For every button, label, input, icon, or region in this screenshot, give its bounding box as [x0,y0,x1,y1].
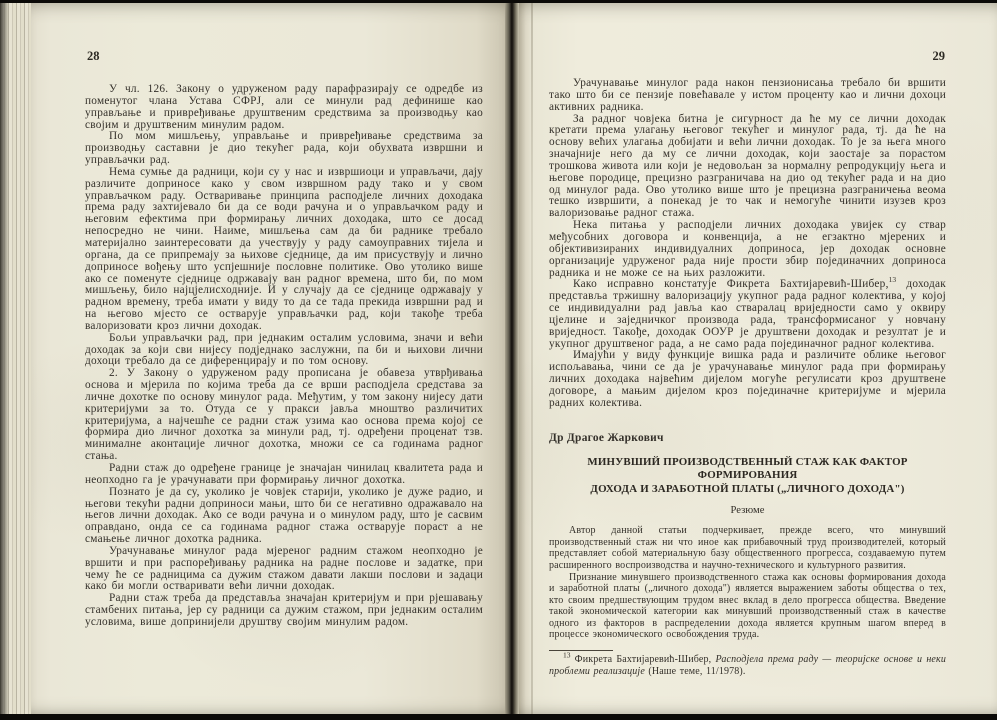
photo-edge-top [0,0,997,3]
summary-title-line: МИНУВШИЙ ПРОИЗВОДСТВЕННЫЙ СТАЖ КАК ФАКТО… [549,456,946,483]
paragraph: Урачунавање минулог рада након пензионис… [549,78,946,114]
paragraph: Радни стаж до одређене границе је значај… [85,463,483,487]
footnote-rule [549,650,613,651]
footnote-text-plain: Фикрета Бахтијаревић-Шибер, [571,654,716,665]
photo-edge-bottom [0,714,997,720]
paragraph-text: Како исправно констатује Фикрета Бахтија… [573,278,889,290]
summary-paragraph: Признание минувшего производственного ст… [549,572,946,642]
paragraph: Радни стаж треба да представља значајан … [85,593,483,629]
paragraph: За радног човјека битна је сигурност да … [549,114,946,221]
summary-paragraph: Автор данной статьи подчеркивает, прежде… [549,525,946,571]
footnote-text: 13 Фикрета Бахтијаревић-Шибер, Расподјел… [549,654,946,677]
resume-heading: Резюме [549,505,946,516]
gutter-shadow [505,3,519,714]
paragraph: Имајући у виду функције вишка рада и раз… [549,350,946,409]
footnote-text-plain: (Наше теме, 11/1978). [645,666,746,677]
text-column: У чл. 126. Закону о удруженом раду параф… [85,84,483,629]
author-line: Др Драгое Жаркович [549,432,946,444]
paragraph: По мом мишљењу, управљање и привређивање… [85,131,483,167]
left-page: 28 У чл. 126. Закону о удруженом раду па… [31,3,505,714]
footnote: 13 Фикрета Бахтијаревић-Шибер, Расподјел… [549,650,946,677]
paragraph: Нека питања у расподјели личних доходака… [549,220,946,279]
right-page: 29 Урачунавање минулог рада након пензио… [519,3,997,714]
paragraph: Како исправно констатује Фикрета Бахтија… [549,279,946,350]
page-stack-edges [0,3,31,714]
summary-title: МИНУВШИЙ ПРОИЗВОДСТВЕННЫЙ СТАЖ КАК ФАКТО… [549,456,946,497]
paragraph: Познато је да су, уколико је човјек стар… [85,487,483,546]
paragraph: У чл. 126. Закону о удруженом раду параф… [85,84,483,131]
text-column: Урачунавање минулог рада након пензионис… [549,78,946,677]
paragraph: Бољи управљачки рад, при једнаким остали… [85,333,483,369]
paragraph: 2. У Закону о удруженом раду прописана ј… [85,368,483,463]
summary-title-line: ДОХОДА И ЗАРАБОТНОЙ ПЛАТЫ („ЛИЧНОГО ДОХО… [549,483,946,497]
page-number: 28 [87,49,100,64]
page-number: 29 [933,49,946,64]
paragraph: Нема сумње да радници, који су у нас и и… [85,167,483,333]
book-spread: 28 У чл. 126. Закону о удруженом раду па… [0,0,997,720]
paragraph: Урачунавање минулог рада мјереног радним… [85,546,483,593]
footnote-marker: 13 [563,651,571,660]
